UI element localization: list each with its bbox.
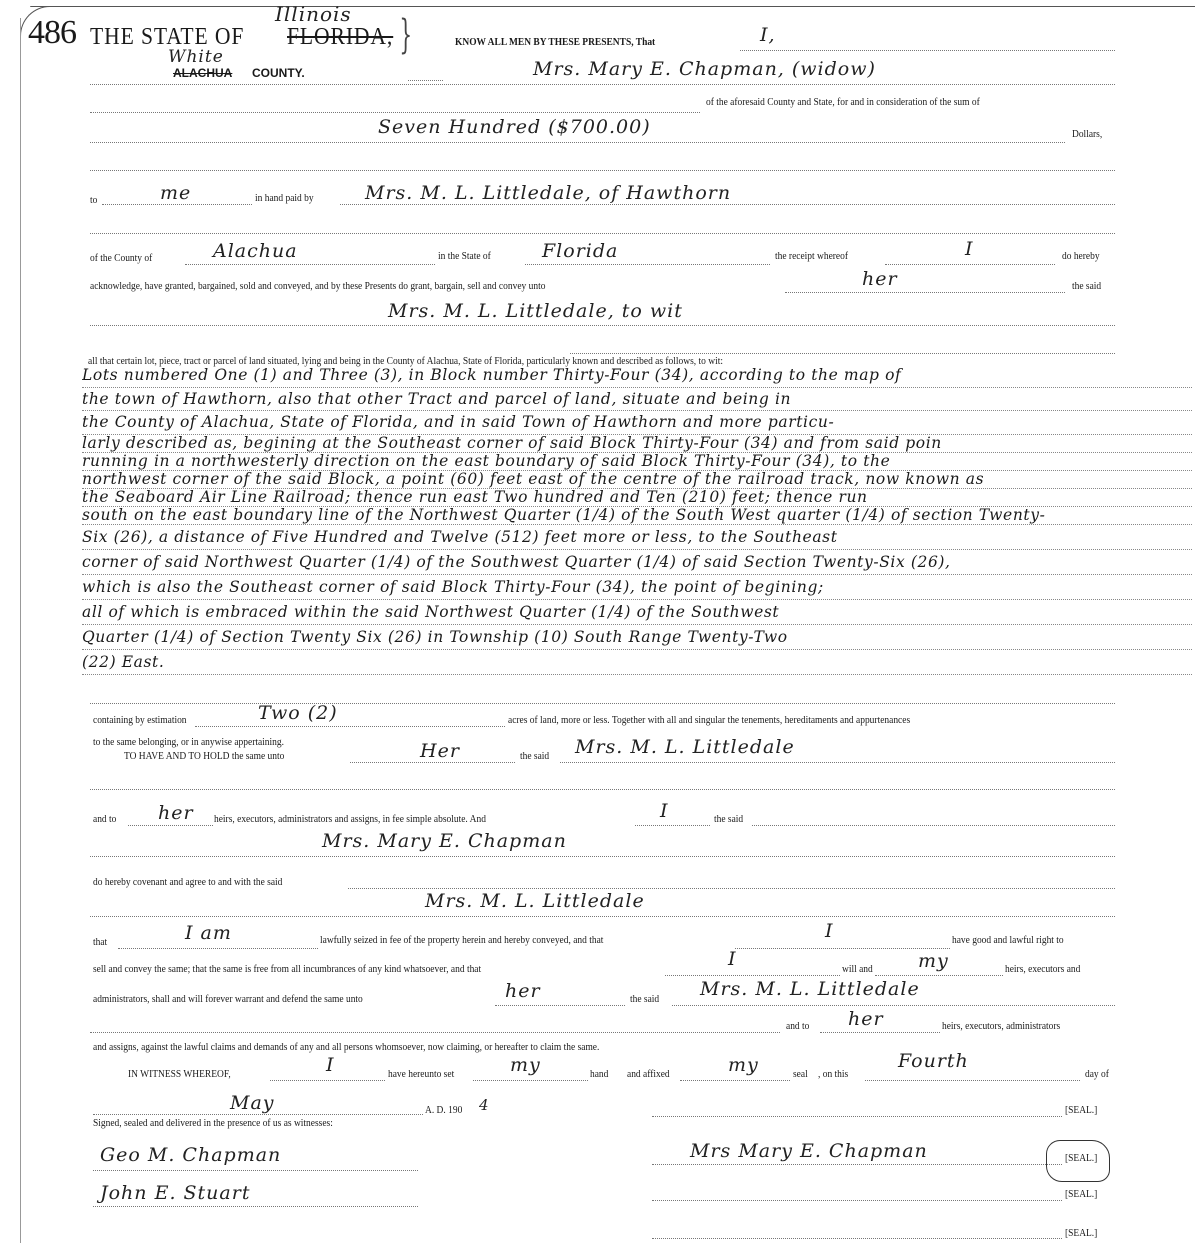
legal-line: larly described as, begining at the Sout… bbox=[82, 435, 1192, 453]
legal-line: all of which is embraced within the said… bbox=[82, 600, 1192, 625]
the-said-label-3: the said bbox=[630, 993, 659, 1005]
dotted-line bbox=[672, 1005, 1115, 1006]
dotted-line bbox=[570, 353, 1115, 354]
day-value: Fourth bbox=[898, 1050, 969, 1072]
affixed-label: and affixed bbox=[627, 1068, 670, 1080]
seized-value: I bbox=[825, 920, 834, 942]
county-handwritten: White bbox=[168, 47, 224, 67]
dotted-line bbox=[340, 204, 1115, 205]
witness-1: Geo M. Chapman bbox=[100, 1144, 281, 1166]
county-printed-struck: ALACHUA bbox=[173, 66, 232, 80]
county-value: Alachua bbox=[213, 240, 298, 262]
grantee-to-wit: Mrs. M. L. Littledale, to wit bbox=[388, 300, 683, 322]
dotted-line bbox=[495, 1005, 625, 1006]
dotted-line bbox=[865, 1080, 1080, 1081]
assigns-text: and assigns, against the lawful claims a… bbox=[93, 1041, 599, 1053]
legal-line: (22) East. bbox=[82, 650, 1192, 675]
will-and-value: my bbox=[918, 950, 949, 972]
dotted-line bbox=[90, 170, 1115, 171]
witness-2: John E. Stuart bbox=[100, 1182, 250, 1204]
containing-label: containing by estimation bbox=[93, 714, 187, 726]
dotted-line bbox=[875, 975, 1003, 976]
seal-owner: my bbox=[728, 1054, 759, 1076]
do-hereby-label: do hereby bbox=[1062, 250, 1100, 262]
state-value: Florida bbox=[542, 240, 618, 262]
belonging-text: to the same belonging, or in anywise app… bbox=[93, 736, 284, 748]
seized-text: lawfully seized in fee of the property h… bbox=[320, 934, 603, 946]
dotted-line bbox=[90, 112, 700, 113]
dotted-line bbox=[128, 825, 213, 826]
sell-text: sell and convey the same; that the same … bbox=[93, 963, 481, 975]
legal-description: Lots numbered One (1) and Three (3), in … bbox=[82, 364, 1192, 675]
county-of-label: of the County of bbox=[90, 252, 152, 264]
dotted-line bbox=[90, 916, 1115, 917]
receipt-value: I bbox=[965, 238, 974, 260]
that-value: I am bbox=[185, 922, 232, 944]
dotted-line bbox=[680, 1080, 790, 1081]
witness-line bbox=[93, 1170, 418, 1171]
dotted-line bbox=[735, 948, 950, 949]
to-value: me bbox=[160, 182, 191, 204]
dotted-line bbox=[90, 1032, 780, 1033]
seal-label-1: [SEAL.] bbox=[1065, 1104, 1097, 1116]
dotted-line bbox=[270, 1080, 385, 1081]
page-border-top bbox=[30, 6, 1195, 7]
dotted-line bbox=[195, 726, 505, 727]
know-all-men: KNOW ALL MEN BY THESE PRESENTS, That bbox=[455, 36, 655, 48]
dotted-line bbox=[90, 233, 1115, 234]
hand-owner: my bbox=[510, 1054, 541, 1076]
dotted-line bbox=[408, 80, 443, 81]
will-and-label: will and bbox=[842, 963, 873, 975]
legal-line: Lots numbered One (1) and Three (3), in … bbox=[82, 364, 1192, 388]
consideration-amount: Seven Hundred ($700.00) bbox=[378, 116, 651, 138]
seal-label-2: [SEAL.] bbox=[1065, 1152, 1097, 1164]
seal-label-4: [SEAL.] bbox=[1065, 1227, 1097, 1239]
dotted-line bbox=[90, 856, 1115, 857]
state-handwritten: Illinois bbox=[275, 2, 352, 26]
state-of-label: in the State of bbox=[438, 250, 491, 262]
the-said-label-2: the said bbox=[714, 813, 743, 825]
legal-line: south on the east boundary line of the N… bbox=[82, 507, 1192, 525]
year-digit: 4 bbox=[479, 1096, 490, 1114]
the-said-label: the said bbox=[520, 750, 549, 762]
legal-line: the town of Hawthorn, also that other Tr… bbox=[82, 388, 1192, 412]
heirs-admin-label: heirs, executors, administrators bbox=[942, 1020, 1060, 1032]
legal-line: Six (26), a distance of Five Hundred and… bbox=[82, 525, 1192, 550]
right-text: have good and lawful right to bbox=[952, 934, 1064, 946]
dotted-line bbox=[473, 1080, 588, 1081]
that-label: that bbox=[93, 936, 107, 948]
hand-paid-label: in hand paid by bbox=[255, 192, 314, 204]
legal-line: northwest corner of the said Block, a po… bbox=[82, 471, 1192, 489]
aforesaid-text: of the aforesaid County and State, for a… bbox=[706, 96, 980, 108]
grantor-pronoun: I, bbox=[760, 24, 776, 46]
header-brace: } bbox=[399, 12, 412, 58]
grantee-full: Mrs. M. L. Littledale, of Hawthorn bbox=[365, 182, 731, 204]
legal-line: running in a northwesterly direction on … bbox=[82, 453, 1192, 471]
deed-page: 486 THE STATE OF FLORIDA, Illinois } Whi… bbox=[0, 0, 1200, 1247]
and-to-value-2: her bbox=[848, 1008, 884, 1030]
signature-line bbox=[652, 1164, 1062, 1165]
acknowledge-text: acknowledge, have granted, bargained, so… bbox=[90, 280, 545, 292]
grantor-name-2: Mrs. Mary E. Chapman bbox=[322, 830, 567, 852]
and-to-label: and to bbox=[93, 813, 116, 825]
dotted-line bbox=[102, 204, 252, 205]
dotted-line bbox=[90, 325, 1115, 326]
to-label: to bbox=[90, 194, 97, 206]
dotted-line bbox=[90, 789, 1115, 790]
grantor-name: Mrs. Mary E. Chapman, (widow) bbox=[533, 58, 876, 80]
legal-line: the Seaboard Air Line Railroad; thence r… bbox=[82, 489, 1192, 507]
signed-text: Signed, sealed and delivered in the pres… bbox=[93, 1117, 333, 1129]
in-witness-value: I bbox=[326, 1054, 335, 1076]
hand-label: hand bbox=[590, 1068, 608, 1080]
acres-text: acres of land, more or less. Together wi… bbox=[508, 714, 910, 726]
and-value: I bbox=[660, 800, 669, 822]
to-have-label: TO HAVE AND TO HOLD the same unto bbox=[124, 750, 284, 762]
dotted-line bbox=[785, 292, 1065, 293]
and-to-value: her bbox=[158, 802, 194, 824]
dollars-label: Dollars, bbox=[1072, 128, 1102, 140]
ad-label: A. D. 190 bbox=[425, 1104, 462, 1116]
legal-line: the County of Alachua, State of Florida,… bbox=[82, 411, 1192, 435]
defend-name: Mrs. M. L. Littledale bbox=[700, 978, 920, 1000]
dotted-line bbox=[90, 703, 1115, 704]
and-to-label-2: and to bbox=[786, 1020, 809, 1032]
signature-line bbox=[652, 1116, 1062, 1117]
the-said-value: Mrs. M. L. Littledale bbox=[575, 736, 795, 758]
receipt-label: the receipt whereof bbox=[775, 250, 848, 262]
page-number: 486 bbox=[28, 14, 76, 52]
month-value: May bbox=[230, 1092, 275, 1114]
heirs-exec-label: heirs, executors and bbox=[1005, 963, 1080, 975]
county-suffix: COUNTY. bbox=[252, 66, 305, 80]
dotted-line bbox=[820, 1032, 940, 1033]
state-printed-struck: FLORIDA, bbox=[287, 24, 393, 51]
defend-value: her bbox=[505, 980, 541, 1002]
dotted-line bbox=[560, 762, 1115, 763]
heirs-text: heirs, executors, administrators and ass… bbox=[214, 813, 486, 825]
dotted-line bbox=[185, 264, 435, 265]
covenant-text: do hereby covenant and agree to and with… bbox=[93, 876, 282, 888]
dotted-line bbox=[348, 888, 1115, 889]
legal-line: which is also the Southeast corner of sa… bbox=[82, 575, 1192, 600]
grantee-name-3: Mrs. M. L. Littledale bbox=[425, 890, 645, 912]
dotted-line bbox=[350, 762, 515, 763]
dotted-line bbox=[885, 264, 1055, 265]
legal-line: corner of said Northwest Quarter (1/4) o… bbox=[82, 550, 1192, 575]
in-witness-label: IN WITNESS WHEREOF, bbox=[128, 1068, 231, 1080]
dotted-line bbox=[665, 975, 840, 976]
signature-line bbox=[652, 1238, 1062, 1239]
sell-value: I bbox=[728, 948, 737, 970]
dotted-line bbox=[93, 1114, 423, 1115]
day-of-label: day of bbox=[1085, 1068, 1109, 1080]
the-said-label: the said bbox=[1072, 280, 1101, 292]
dotted-line bbox=[740, 50, 1115, 51]
dotted-line bbox=[525, 264, 770, 265]
dotted-line bbox=[118, 948, 318, 949]
to-have-value: Her bbox=[420, 740, 460, 762]
dotted-line bbox=[90, 142, 1065, 143]
dotted-line bbox=[752, 825, 1115, 826]
hereunto-label: have hereunto set bbox=[388, 1068, 454, 1080]
on-this-label: , on this bbox=[818, 1068, 848, 1080]
convey-unto-value: her bbox=[862, 268, 898, 290]
acres-value: Two (2) bbox=[258, 702, 338, 724]
grantor-signature: Mrs Mary E. Chapman bbox=[690, 1140, 928, 1162]
seal-label: seal bbox=[793, 1068, 808, 1080]
dotted-line bbox=[635, 825, 710, 826]
dotted-line bbox=[90, 84, 1115, 85]
seal-label-3: [SEAL.] bbox=[1065, 1188, 1097, 1200]
witness-line bbox=[93, 1206, 418, 1207]
signature-line bbox=[652, 1200, 1062, 1201]
admin-text: administrators, shall and will forever w… bbox=[93, 993, 363, 1005]
page-border-left bbox=[20, 18, 21, 1243]
legal-line: Quarter (1/4) of Section Twenty Six (26)… bbox=[82, 625, 1192, 650]
